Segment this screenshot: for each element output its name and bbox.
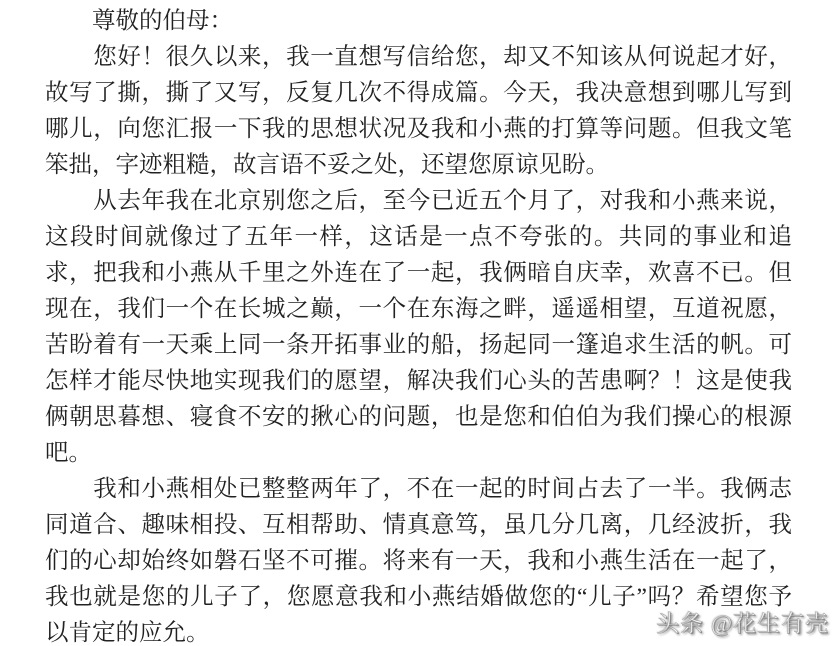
letter-document: 尊敬的伯母： 您好！很久以来，我一直想写信给您，却又不知该从何说起才好，故写了撕… <box>0 0 832 646</box>
paragraph: 从去年我在北京别您之后，至今已近五个月了，对我和小燕来说，这段时间就像过了五年一… <box>45 183 792 471</box>
letter-line: 我和小燕相处已整整两年了，不在一起的时间占去了一半。我俩志 <box>45 471 792 507</box>
letter-line: 俩朝思暮想、寝食不安的揪心的问题，也是您和伯伯为我们操心的根源 <box>45 399 792 435</box>
letter-line: 同道合、趣味相投、互相帮助、情真意笃，虽几分几离，几经波折，我 <box>45 507 792 543</box>
letter-line: 们的心却始终如磐石坚不可摧。将来有一天，我和小燕生活在一起了， <box>45 543 792 579</box>
letter-line: 求，把我和小燕从千里之外连在了一起，我俩暗自庆幸，欢喜不已。但 <box>45 255 792 291</box>
letter-line: 怎样才能尽快地实现我们的愿望，解决我们心头的苦患啊？！这是使我 <box>45 363 792 399</box>
letter-line: 尊敬的伯母： <box>45 3 792 39</box>
letter-line: 笨拙，字迹粗糙，故言语不妥之处，还望您原谅见盼。 <box>45 147 792 183</box>
letter-line: 吧。 <box>45 435 792 471</box>
letter-body: 尊敬的伯母： 您好！很久以来，我一直想写信给您，却又不知该从何说起才好，故写了撕… <box>45 3 792 646</box>
letter-line: 哪儿，向您汇报一下我的思想状况及我和小燕的打算等问题。但我文笔 <box>45 111 792 147</box>
letter-line: 苦盼着有一天乘上同一条开拓事业的船，扬起同一篷追求生活的帆。可 <box>45 327 792 363</box>
paragraph: 您好！很久以来，我一直想写信给您，却又不知该从何说起才好，故写了撕，撕了又写，反… <box>45 39 792 183</box>
letter-line: 这段时间就像过了五年一样，这话是一点不夸张的。共同的事业和追 <box>45 219 792 255</box>
paragraph: 尊敬的伯母： <box>45 3 792 39</box>
toutiao-watermark: 头条 @花生有壳 <box>656 605 829 638</box>
letter-line: 现在，我们一个在长城之巅，一个在东海之畔，遥遥相望，互道祝愿， <box>45 291 792 327</box>
letter-line: 故写了撕，撕了又写，反复几次不得成篇。今天，我决意想到哪儿写到 <box>45 75 792 111</box>
letter-line: 从去年我在北京别您之后，至今已近五个月了，对我和小燕来说， <box>45 183 792 219</box>
letter-line: 您好！很久以来，我一直想写信给您，却又不知该从何说起才好， <box>45 39 792 75</box>
